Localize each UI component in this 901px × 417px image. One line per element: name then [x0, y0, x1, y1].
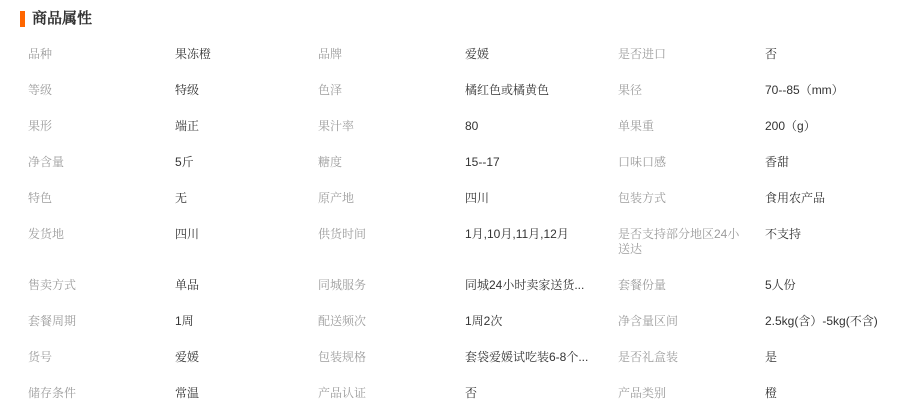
attribute-value: 不支持 — [765, 216, 891, 252]
attribute-value: 1周2次 — [465, 303, 618, 339]
attribute-value: 2.5kg(含）-5kg(不含) — [765, 303, 891, 339]
attribute-value: 单品 — [175, 267, 318, 303]
attribute-value: 70--85（mm） — [765, 72, 891, 108]
attribute-value: 无 — [175, 180, 318, 216]
attribute-label: 货号 — [28, 339, 175, 375]
attribute-value: 爱媛 — [465, 36, 618, 72]
attribute-value: 5斤 — [175, 144, 318, 180]
attribute-label: 等级 — [28, 72, 175, 108]
attribute-cell: 产品认证 否 — [318, 375, 618, 411]
attribute-label: 同城服务 — [318, 267, 465, 303]
attribute-cell: 特色 无 — [28, 180, 318, 216]
attribute-cell: 是否进口 否 — [618, 36, 891, 72]
attribute-cell: 产品类别 橙 — [618, 375, 891, 411]
attribute-value: 香甜 — [765, 144, 891, 180]
attribute-value: 1月,10月,11月,12月 — [465, 216, 618, 252]
table-row: 果形 端正 果汁率 80 单果重 200（g） — [28, 108, 891, 144]
attribute-label: 净含量 — [28, 144, 175, 180]
attribute-value: 橘红色或橘黄色 — [465, 72, 618, 108]
table-row: 净含量 5斤 糖度 15--17 口味口感 香甜 — [28, 144, 891, 180]
attribute-cell: 供货时间 1月,10月,11月,12月 — [318, 216, 618, 252]
attribute-value: 否 — [465, 375, 618, 411]
attribute-label: 包装规格 — [318, 339, 465, 375]
attribute-value: 套袋爱媛试吃装6-8个... — [465, 339, 618, 375]
attribute-label: 果径 — [618, 72, 765, 108]
table-row: 套餐周期 1周 配送频次 1周2次 净含量区间 2.5kg(含）-5kg(不含) — [28, 303, 891, 339]
attribute-value: 80 — [465, 108, 618, 144]
attribute-label: 发货地 — [28, 216, 175, 252]
table-row: 储存条件 常温 产品认证 否 产品类别 橙 — [28, 375, 891, 411]
attribute-label: 原产地 — [318, 180, 465, 216]
attribute-label: 包装方式 — [618, 180, 765, 216]
attribute-cell: 包装方式 食用农产品 — [618, 180, 891, 216]
attribute-label: 是否礼盒装 — [618, 339, 765, 375]
attribute-label: 套餐份量 — [618, 267, 765, 303]
attribute-cell: 原产地 四川 — [318, 180, 618, 216]
attribute-cell: 储存条件 常温 — [28, 375, 318, 411]
attribute-value: 特级 — [175, 72, 318, 108]
attribute-cell: 售卖方式 单品 — [28, 267, 318, 303]
attributes-table: 品种 果冻橙 品牌 爱媛 是否进口 否 等级 特级 色泽 橘红色或橘黄色 果径 … — [0, 36, 901, 411]
attribute-cell: 净含量区间 2.5kg(含）-5kg(不含) — [618, 303, 891, 339]
accent-bar — [20, 11, 25, 27]
table-row: 品种 果冻橙 品牌 爱媛 是否进口 否 — [28, 36, 891, 72]
attribute-cell: 果形 端正 — [28, 108, 318, 144]
attribute-label: 套餐周期 — [28, 303, 175, 339]
attribute-cell: 果汁率 80 — [318, 108, 618, 144]
attribute-value: 15--17 — [465, 144, 618, 180]
attribute-label: 是否支持部分地区24小送达 — [618, 216, 765, 267]
attribute-cell: 净含量 5斤 — [28, 144, 318, 180]
attribute-cell: 货号 爱媛 — [28, 339, 318, 375]
attribute-value: 同城24小时卖家送货... — [465, 267, 618, 303]
attribute-value: 四川 — [465, 180, 618, 216]
attribute-label: 储存条件 — [28, 375, 175, 411]
attribute-value: 端正 — [175, 108, 318, 144]
attribute-label: 品牌 — [318, 36, 465, 72]
attribute-cell: 是否支持部分地区24小送达 不支持 — [618, 216, 891, 267]
attribute-cell: 配送频次 1周2次 — [318, 303, 618, 339]
attribute-label: 品种 — [28, 36, 175, 72]
attribute-cell: 品牌 爱媛 — [318, 36, 618, 72]
attribute-label: 供货时间 — [318, 216, 465, 252]
attribute-cell: 发货地 四川 — [28, 216, 318, 252]
table-row: 特色 无 原产地 四川 包装方式 食用农产品 — [28, 180, 891, 216]
attribute-label: 净含量区间 — [618, 303, 765, 339]
page-title: 商品属性 — [32, 11, 92, 27]
attribute-cell: 包装规格 套袋爱媛试吃装6-8个... — [318, 339, 618, 375]
attribute-value: 四川 — [175, 216, 318, 252]
attribute-cell: 色泽 橘红色或橘黄色 — [318, 72, 618, 108]
attribute-cell: 果径 70--85（mm） — [618, 72, 891, 108]
attribute-value: 爱媛 — [175, 339, 318, 375]
attribute-cell: 单果重 200（g） — [618, 108, 891, 144]
table-row: 发货地 四川 供货时间 1月,10月,11月,12月 是否支持部分地区24小送达… — [28, 216, 891, 267]
attribute-cell: 同城服务 同城24小时卖家送货... — [318, 267, 618, 303]
attribute-value: 常温 — [175, 375, 318, 411]
attribute-cell: 套餐份量 5人份 — [618, 267, 891, 303]
attribute-value: 200（g） — [765, 108, 891, 144]
attribute-value: 是 — [765, 339, 891, 375]
table-row: 货号 爱媛 包装规格 套袋爱媛试吃装6-8个... 是否礼盒装 是 — [28, 339, 891, 375]
attribute-label: 售卖方式 — [28, 267, 175, 303]
section-header: 商品属性 — [0, 0, 901, 36]
attribute-value: 果冻橙 — [175, 36, 318, 72]
attribute-value: 否 — [765, 36, 891, 72]
attribute-label: 产品类别 — [618, 375, 765, 411]
attribute-label: 果汁率 — [318, 108, 465, 144]
attribute-label: 特色 — [28, 180, 175, 216]
attribute-cell: 等级 特级 — [28, 72, 318, 108]
attribute-label: 产品认证 — [318, 375, 465, 411]
table-row: 等级 特级 色泽 橘红色或橘黄色 果径 70--85（mm） — [28, 72, 891, 108]
attribute-cell: 是否礼盒装 是 — [618, 339, 891, 375]
attribute-cell: 品种 果冻橙 — [28, 36, 318, 72]
attribute-label: 口味口感 — [618, 144, 765, 180]
attribute-label: 是否进口 — [618, 36, 765, 72]
attribute-cell: 口味口感 香甜 — [618, 144, 891, 180]
attribute-value: 食用农产品 — [765, 180, 891, 216]
attribute-value: 橙 — [765, 375, 891, 411]
attribute-label: 糖度 — [318, 144, 465, 180]
attribute-cell: 套餐周期 1周 — [28, 303, 318, 339]
table-row: 售卖方式 单品 同城服务 同城24小时卖家送货... 套餐份量 5人份 — [28, 267, 891, 303]
attribute-label: 果形 — [28, 108, 175, 144]
attribute-value: 1周 — [175, 303, 318, 339]
attribute-label: 单果重 — [618, 108, 765, 144]
attribute-label: 配送频次 — [318, 303, 465, 339]
attribute-value: 5人份 — [765, 267, 891, 303]
attribute-label: 色泽 — [318, 72, 465, 108]
attribute-cell: 糖度 15--17 — [318, 144, 618, 180]
